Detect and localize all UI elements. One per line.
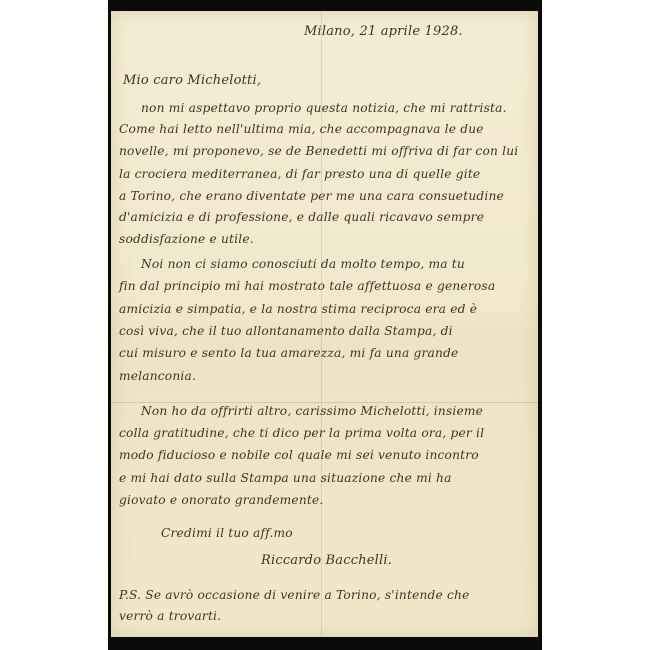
paragraph-2-line: melanconia.: [119, 369, 196, 383]
paragraph-1-line: soddisfazione e utile.: [119, 232, 254, 246]
paragraph-3-line: giovato e onorato grandemente.: [119, 493, 323, 507]
paragraph-1-line: novelle, mi proponevo, se de Benedetti m…: [119, 144, 518, 158]
paragraph-1-line: la crociera mediterranea, di far presto …: [119, 167, 480, 181]
salutation: Mio caro Michelotti,: [123, 73, 261, 88]
paragraph-3-line: modo fiducioso e nobile col quale mi sei…: [119, 448, 479, 462]
paragraph-2-line: Noi non ci siamo conosciuti da molto tem…: [141, 257, 465, 271]
paragraph-1-line: non mi aspettavo proprio questa notizia,…: [141, 101, 507, 115]
postscript-line: P.S. Se avrò occasione di venire a Torin…: [119, 588, 470, 602]
dateline: Milano, 21 aprile 1928.: [304, 24, 463, 39]
paragraph-1-line: Come hai letto nell'ultima mia, che acco…: [119, 122, 484, 136]
signature: Riccardo Bacchelli.: [261, 553, 392, 568]
letter-sheet: Milano, 21 aprile 1928. Mio caro Michelo…: [111, 11, 538, 637]
horizontal-fold-line: [111, 402, 538, 403]
paragraph-2-line: così viva, che il tuo allontanamento dal…: [119, 324, 453, 338]
paragraph-3-line: e mi hai dato sulla Stampa una situazion…: [119, 471, 452, 485]
paragraph-2-line: amicizia e simpatia, e la nostra stima r…: [119, 302, 477, 316]
paragraph-2-line: fin dal principio mi hai mostrato tale a…: [119, 279, 495, 293]
paragraph-1-line: a Torino, che erano diventate per me una…: [119, 189, 504, 203]
paragraph-3-line: Non ho da offrirti altro, carissimo Mich…: [141, 404, 483, 418]
paragraph-1-line: d'amicizia e di professione, e dalle qua…: [119, 210, 484, 224]
closing: Credimi il tuo aff.mo: [161, 526, 293, 540]
paragraph-2-line: cui misuro e sento la tua amarezza, mi f…: [119, 346, 458, 360]
paragraph-3-line: colla gratitudine, che ti dico per la pr…: [119, 426, 484, 440]
postscript-line: verrò a trovarti.: [119, 609, 221, 623]
